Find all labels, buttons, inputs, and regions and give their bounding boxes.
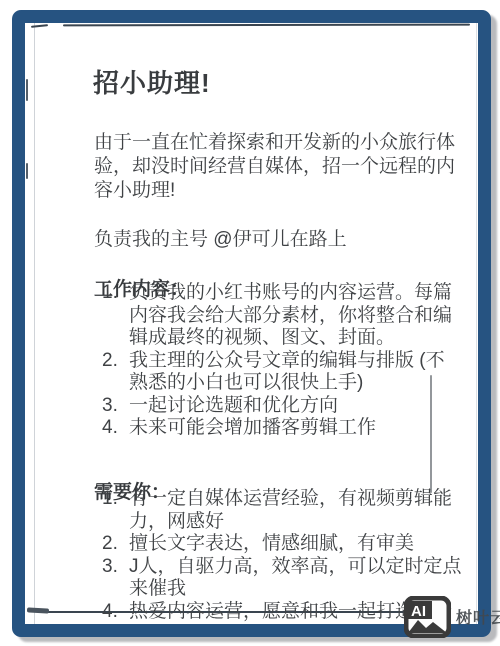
ai-image-watermark-badge: AI: [404, 596, 451, 638]
sketch-bottom-dash: [27, 607, 49, 613]
list-text: 我主理的公众号文章的编辑与排版 (不 熟悉的小白也可以很快上手): [129, 350, 481, 395]
ai-label: AI: [411, 603, 426, 620]
poster-title: 招小助理!: [93, 67, 211, 99]
account-line: 负责我的主号 @伊可儿在路上: [94, 228, 347, 251]
list-number: 1.: [102, 488, 129, 511]
list-number: 3.: [102, 556, 129, 579]
need-list-item: 3. J人，自驱力高，效率高，可以定时定点 来催我: [102, 556, 481, 601]
list-number: 4.: [102, 417, 129, 440]
list-number: 4.: [102, 601, 129, 624]
list-text: 擅长文字表达，情感细腻，有审美: [129, 533, 481, 556]
sketch-top-line: [63, 24, 470, 27]
list-number: 1.: [102, 282, 129, 305]
list-text: 负责我的小红书账号的内容运营。每篇 内容我会给大部分素材，你将整合和编 辑成最终…: [129, 282, 481, 350]
sketch-top-dash: [31, 24, 48, 28]
list-number: 2.: [102, 350, 129, 373]
intro-paragraph: 由于一直在忙着探索和开发新的小众旅行体 验，却没时间经营自媒体，招一个远程的内 …: [94, 131, 476, 203]
poster-image: 招小助理! 由于一直在忙着探索和开发新的小众旅行体 验，却没时间经营自媒体，招一…: [0, 0, 500, 646]
poster-frame: 招小助理! 由于一直在忙着探索和开发新的小众旅行体 验，却没时间经营自媒体，招一…: [12, 10, 491, 637]
need-list-item: 1. 有一定自媒体运营经验，有视频剪辑能 力，网感好: [102, 488, 481, 533]
watermark-brand: 树叶云: [456, 605, 500, 628]
list-number: 3.: [102, 395, 129, 418]
list-text: 一起讨论选题和优化方向: [129, 395, 481, 418]
card-left-edge-line: [34, 23, 35, 624]
sketch-left-dash-1: [26, 79, 28, 101]
ai-image-icon: AI: [404, 596, 451, 638]
list-text: 有一定自媒体运营经验，有视频剪辑能 力，网感好: [129, 488, 481, 533]
sketch-left-dash-2: [26, 163, 28, 179]
need-list-item: 2. 擅长文字表达，情感细腻，有审美: [102, 533, 481, 556]
work-list-item: 1. 负责我的小红书账号的内容运营。每篇 内容我会给大部分素材，你将整合和编 辑…: [102, 282, 481, 350]
poster-card: 招小助理! 由于一直在忙着探索和开发新的小众旅行体 验，却没时间经营自媒体，招一…: [25, 23, 478, 624]
list-text: J人，自驱力高，效率高，可以定时定点 来催我: [129, 556, 481, 601]
list-text: 未来可能会增加播客剪辑工作: [129, 417, 481, 440]
work-list-item: 4. 未来可能会增加播客剪辑工作: [102, 417, 481, 440]
work-list: 1. 负责我的小红书账号的内容运营。每篇 内容我会给大部分素材，你将整合和编 辑…: [102, 282, 481, 440]
work-list-item: 3. 一起讨论选题和优化方向: [102, 395, 481, 418]
work-list-item: 2. 我主理的公众号文章的编辑与排版 (不 熟悉的小白也可以很快上手): [102, 350, 481, 395]
list-number: 2.: [102, 533, 129, 556]
